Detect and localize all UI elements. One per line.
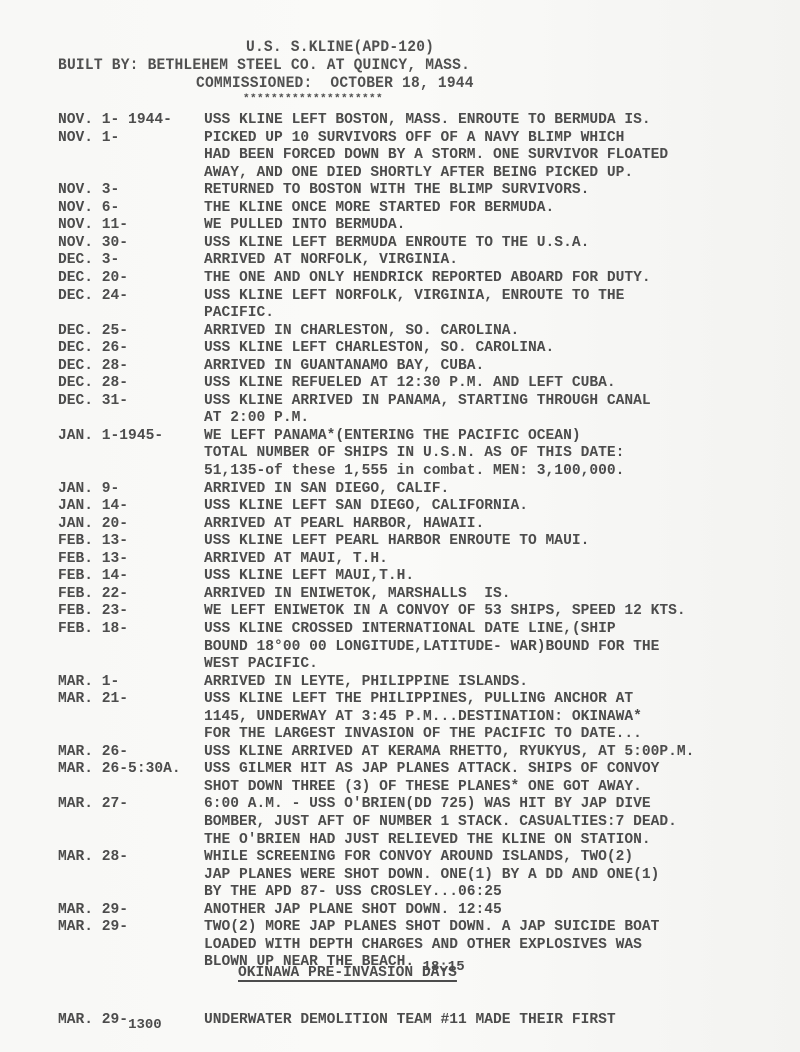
entry-text: 6:00 A.M. - USS O'BRIEN(DD 725) WAS HIT …	[204, 796, 651, 813]
entry-text: ARRIVED AT MAUI, T.H.	[204, 551, 388, 568]
entry-date: DEC. 28-	[58, 358, 128, 375]
final-entry: MAR. 29-1300 UNDERWATER DEMOLITION TEAM …	[58, 1012, 93, 1029]
entry-date: DEC. 28-	[58, 375, 128, 392]
entry-date: JAN. 1-1945-	[58, 428, 163, 445]
final-entry-date: MAR. 29-1300	[58, 1012, 162, 1029]
entry-text: USS KLINE LEFT SAN DIEGO, CALIFORNIA.	[204, 498, 528, 515]
entry-text: WE PULLED INTO BERMUDA.	[204, 217, 405, 234]
entry-date: JAN. 9-	[58, 481, 119, 498]
ship-title: U.S. S.KLINE(APD-120)	[246, 40, 434, 57]
asterisk-divider: ********************	[243, 94, 383, 107]
entry-text: USS KLINE LEFT PEARL HARBOR ENROUTE TO M…	[204, 533, 589, 550]
entry-text: BOMBER, JUST AFT OF NUMBER 1 STACK. CASU…	[204, 814, 677, 831]
entry-date: NOV. 1-	[58, 130, 119, 147]
entry-date: DEC. 25-	[58, 323, 128, 340]
entry-date: DEC. 31-	[58, 393, 128, 410]
entry-date: NOV. 1- 1944-	[58, 112, 172, 129]
final-entry-date-text: MAR. 29-	[58, 1012, 128, 1028]
entry-text: ARRIVED AT PEARL HARBOR, HAWAII.	[204, 516, 484, 533]
entry-text: SHOT DOWN THREE (3) OF THESE PLANES* ONE…	[204, 779, 642, 796]
entry-date: FEB. 22-	[58, 586, 128, 603]
entry-text: BY THE APD 87- USS CROSLEY...06:25	[204, 884, 502, 901]
entry-date: FEB. 13-	[58, 551, 128, 568]
entry-text: ARRIVED IN CHARLESTON, SO. CAROLINA.	[204, 323, 519, 340]
entry-date: FEB. 13-	[58, 533, 128, 550]
entry-text: ARRIVED IN SAN DIEGO, CALIF.	[204, 481, 449, 498]
built-by-line: BUILT BY: BETHLEHEM STEEL CO. AT QUINCY,…	[58, 58, 470, 75]
typewritten-page: U.S. S.KLINE(APD-120) BUILT BY: BETHLEHE…	[0, 0, 800, 1052]
entry-text: USS KLINE CROSSED INTERNATIONAL DATE LIN…	[204, 621, 616, 638]
section-title: OKINAWA PRE-INVASION DAYS	[238, 965, 457, 981]
entry-text: USS KLINE LEFT BERMUDA ENROUTE TO THE U.…	[204, 235, 589, 252]
entry-text: THE ONE AND ONLY HENDRICK REPORTED ABOAR…	[204, 270, 651, 287]
entry-text: BOUND 18°00 00 LONGITUDE,LATITUDE- WAR)B…	[204, 639, 659, 656]
entry-date: MAR. 29-	[58, 902, 128, 919]
entry-text: ARRIVED IN LEYTE, PHILIPPINE ISLANDS.	[204, 674, 528, 691]
entry-text: USS GILMER HIT AS JAP PLANES ATTACK. SHI…	[204, 761, 659, 778]
entry-date: FEB. 14-	[58, 568, 128, 585]
entry-text: USS KLINE LEFT NORFOLK, VIRGINIA, ENROUT…	[204, 288, 624, 305]
final-entry-text: UNDERWATER DEMOLITION TEAM #11 MADE THEI…	[204, 1012, 616, 1029]
entry-text: AT 2:00 P.M.	[204, 410, 309, 427]
entry-text: TOTAL NUMBER OF SHIPS IN U.S.N. AS OF TH…	[204, 445, 624, 462]
entry-text: AWAY, AND ONE DIED SHORTLY AFTER BEING P…	[204, 165, 633, 182]
entry-date: JAN. 14-	[58, 498, 128, 515]
entry-text: ARRIVED IN ENIWETOK, MARSHALLS IS.	[204, 586, 511, 603]
entry-text: WEST PACIFIC.	[204, 656, 318, 673]
entry-text: WE LEFT PANAMA*(ENTERING THE PACIFIC OCE…	[204, 428, 581, 445]
entry-date: DEC. 3-	[58, 252, 119, 269]
commissioned-line: COMMISSIONED: OCTOBER 18, 1944	[196, 76, 474, 93]
entry-text: USS KLINE ARRIVED AT KERAMA RHETTO, RYUK…	[204, 744, 694, 761]
entry-text: USS KLINE LEFT THE PHILIPPINES, PULLING …	[204, 691, 633, 708]
entry-text: THE KLINE ONCE MORE STARTED FOR BERMUDA.	[204, 200, 554, 217]
entry-text: WE LEFT ENIWETOK IN A CONVOY OF 53 SHIPS…	[204, 603, 686, 620]
entry-text: TWO(2) MORE JAP PLANES SHOT DOWN. A JAP …	[204, 919, 659, 936]
entry-text: USS KLINE LEFT CHARLESTON, SO. CAROLINA.	[204, 340, 554, 357]
entry-text: PICKED UP 10 SURVIVORS OFF OF A NAVY BLI…	[204, 130, 624, 147]
entry-date: DEC. 20-	[58, 270, 128, 287]
entry-text: LOADED WITH DEPTH CHARGES AND OTHER EXPL…	[204, 937, 642, 954]
entry-text: 51,135-of these 1,555 in combat. MEN: 3,…	[204, 463, 624, 480]
entry-date: FEB. 23-	[58, 603, 128, 620]
entry-text: JAP PLANES WERE SHOT DOWN. ONE(1) BY A D…	[204, 867, 659, 884]
entry-date: MAR. 1-	[58, 674, 119, 691]
entry-text: FOR THE LARGEST INVASION OF THE PACIFIC …	[204, 726, 642, 743]
entry-text: 1145, UNDERWAY AT 3:45 P.M...DESTINATION…	[204, 709, 642, 726]
entry-date: NOV. 30-	[58, 235, 128, 252]
entry-date: NOV. 11-	[58, 217, 128, 234]
entry-text: USS KLINE REFUELED AT 12:30 P.M. AND LEF…	[204, 375, 616, 392]
entry-date: MAR. 29-	[58, 919, 128, 936]
entry-date: FEB. 18-	[58, 621, 128, 638]
entry-text: USS KLINE LEFT BOSTON, MASS. ENROUTE TO …	[204, 112, 651, 129]
entry-date: MAR. 28-	[58, 849, 128, 866]
entry-text: ARRIVED IN GUANTANAMO BAY, CUBA.	[204, 358, 484, 375]
entry-date: NOV. 3-	[58, 182, 119, 199]
entry-date: JAN. 20-	[58, 516, 128, 533]
entry-text: ARRIVED AT NORFOLK, VIRGINIA.	[204, 252, 458, 269]
entry-date: DEC. 24-	[58, 288, 128, 305]
entry-text: THE O'BRIEN HAD JUST RELIEVED THE KLINE …	[204, 832, 651, 849]
final-entry-time: 1300	[128, 1017, 162, 1033]
entry-date: MAR. 27-	[58, 796, 128, 813]
entry-text: USS KLINE ARRIVED IN PANAMA, STARTING TH…	[204, 393, 651, 410]
entry-text: ANOTHER JAP PLANE SHOT DOWN. 12:45	[204, 902, 502, 919]
entry-date: MAR. 21-	[58, 691, 128, 708]
entry-text: WHILE SCREENING FOR CONVOY AROUND ISLAND…	[204, 849, 633, 866]
entry-text: RETURNED TO BOSTON WITH THE BLIMP SURVIV…	[204, 182, 589, 199]
entry-text: PACIFIC.	[204, 305, 274, 322]
entry-date: MAR. 26-	[58, 744, 128, 761]
entry-text: USS KLINE LEFT MAUI,T.H.	[204, 568, 414, 585]
entry-text: HAD BEEN FORCED DOWN BY A STORM. ONE SUR…	[204, 147, 668, 164]
entry-date: DEC. 26-	[58, 340, 128, 357]
entry-date: MAR. 26-5:30A.	[58, 761, 181, 778]
entry-date: NOV. 6-	[58, 200, 119, 217]
